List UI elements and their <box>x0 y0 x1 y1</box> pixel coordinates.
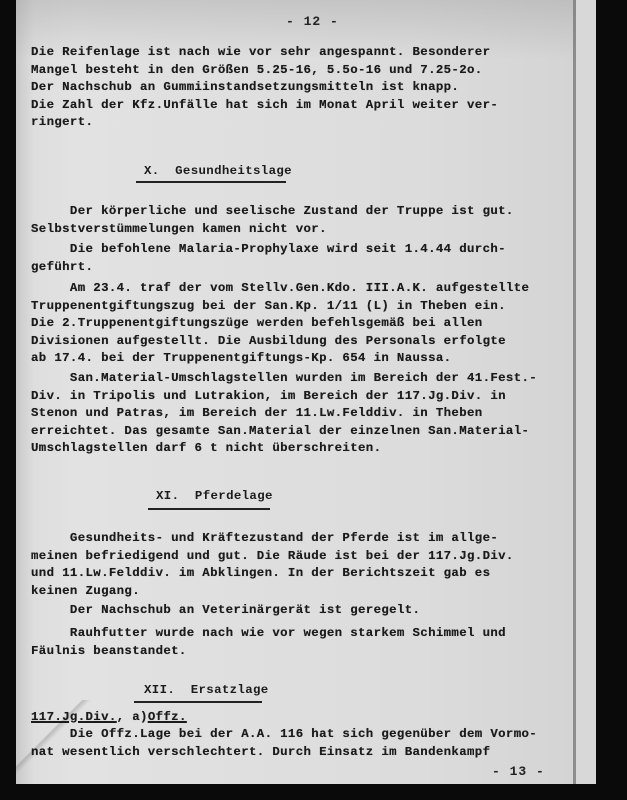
subheading-separator: , a) <box>117 710 148 724</box>
text-line: Fäulnis beanstandet. <box>31 643 506 661</box>
paragraph: Die Offz.Lage bei der A.A. 116 hat sich … <box>31 726 537 761</box>
text-line: Rauhfutter wurde nach wie vor wegen star… <box>31 625 506 643</box>
text-line: Mangel besteht in den Größen 5.25-16, 5.… <box>31 62 498 80</box>
section-heading-x: X. Gesundheitslage <box>144 164 292 178</box>
section-heading-xii: XII. Ersatzlage <box>144 683 269 697</box>
paragraph: Rauhfutter wurde nach wie vor wegen star… <box>31 625 506 660</box>
text-line: geführt. <box>31 259 506 277</box>
text-line: Der Nachschub an Veterinärgerät ist gere… <box>31 602 420 620</box>
text-line: Am 23.4. traf der vom Stellv.Gen.Kdo. II… <box>31 280 529 298</box>
text-line: erreichtet. Das gesamte San.Material der… <box>31 423 537 441</box>
paragraph: Der Nachschub an Veterinärgerät ist gere… <box>31 602 420 620</box>
text-line: Die 2.Truppenentgiftungszüge werden befe… <box>31 315 529 333</box>
intro-paragraph: Die Reifenlage ist nach wie vor sehr ang… <box>31 44 498 132</box>
paragraph: Die befohlene Malaria-Prophylaxe wird se… <box>31 241 506 276</box>
text-line: San.Material-Umschlagstellen wurden im B… <box>31 370 537 388</box>
text-line: Die befohlene Malaria-Prophylaxe wird se… <box>31 241 506 259</box>
paragraph: Gesundheits- und Kräftezustand der Pferd… <box>31 530 514 600</box>
subheading-line: 117.Jg.Div., a)Offz. <box>31 709 187 727</box>
heading-underline <box>148 508 270 510</box>
paragraph: Am 23.4. traf der vom Stellv.Gen.Kdo. II… <box>31 280 529 368</box>
page-number-top: - 12 - <box>286 14 339 29</box>
officers-label: Offz. <box>148 710 187 724</box>
division-label: 117.Jg.Div. <box>31 710 117 724</box>
text-line: Der körperliche und seelische Zustand de… <box>31 203 514 221</box>
text-line: Divisionen aufgestellt. Die Ausbildung d… <box>31 333 529 351</box>
scanned-document-page: - 12 - Die Reifenlage ist nach wie vor s… <box>16 0 596 784</box>
text-line: ringert. <box>31 114 498 132</box>
text-line: meinen befriedigend und gut. Die Räude i… <box>31 548 514 566</box>
text-line: Die Zahl der Kfz.Unfälle hat sich im Mon… <box>31 97 498 115</box>
heading-underline <box>136 181 286 183</box>
text-line: keinen Zugang. <box>31 583 514 601</box>
paragraph: San.Material-Umschlagstellen wurden im B… <box>31 370 537 458</box>
text-line: Die Offz.Lage bei der A.A. 116 hat sich … <box>31 726 537 744</box>
text-line: und 11.Lw.Felddiv. im Abklingen. In der … <box>31 565 514 583</box>
text-line: Umschlagstellen darf 6 t nicht überschre… <box>31 440 537 458</box>
text-line: Der Nachschub an Gummiinstandsetzungsmit… <box>31 79 498 97</box>
text-line: Gesundheits- und Kräftezustand der Pferd… <box>31 530 514 548</box>
page-edge-strip <box>576 0 596 784</box>
paragraph: Der körperliche und seelische Zustand de… <box>31 203 514 238</box>
page-number-bottom: - 13 - <box>492 764 545 779</box>
text-line: nat wesentlich verschlechtert. Durch Ein… <box>31 744 537 762</box>
heading-underline <box>134 701 262 703</box>
text-line: Die Reifenlage ist nach wie vor sehr ang… <box>31 44 498 62</box>
text-line: Truppenentgiftungszug bei der San.Kp. 1/… <box>31 298 529 316</box>
text-line: Div. in Tripolis und Lutrakion, im Berei… <box>31 388 537 406</box>
section-heading-xi: XI. Pferdelage <box>156 489 273 503</box>
text-line: Selbstverstümmelungen kamen nicht vor. <box>31 221 514 239</box>
text-line: ab 17.4. bei der Truppenentgiftungs-Kp. … <box>31 350 529 368</box>
text-line: Stenon und Patras, im Bereich der 11.Lw.… <box>31 405 537 423</box>
